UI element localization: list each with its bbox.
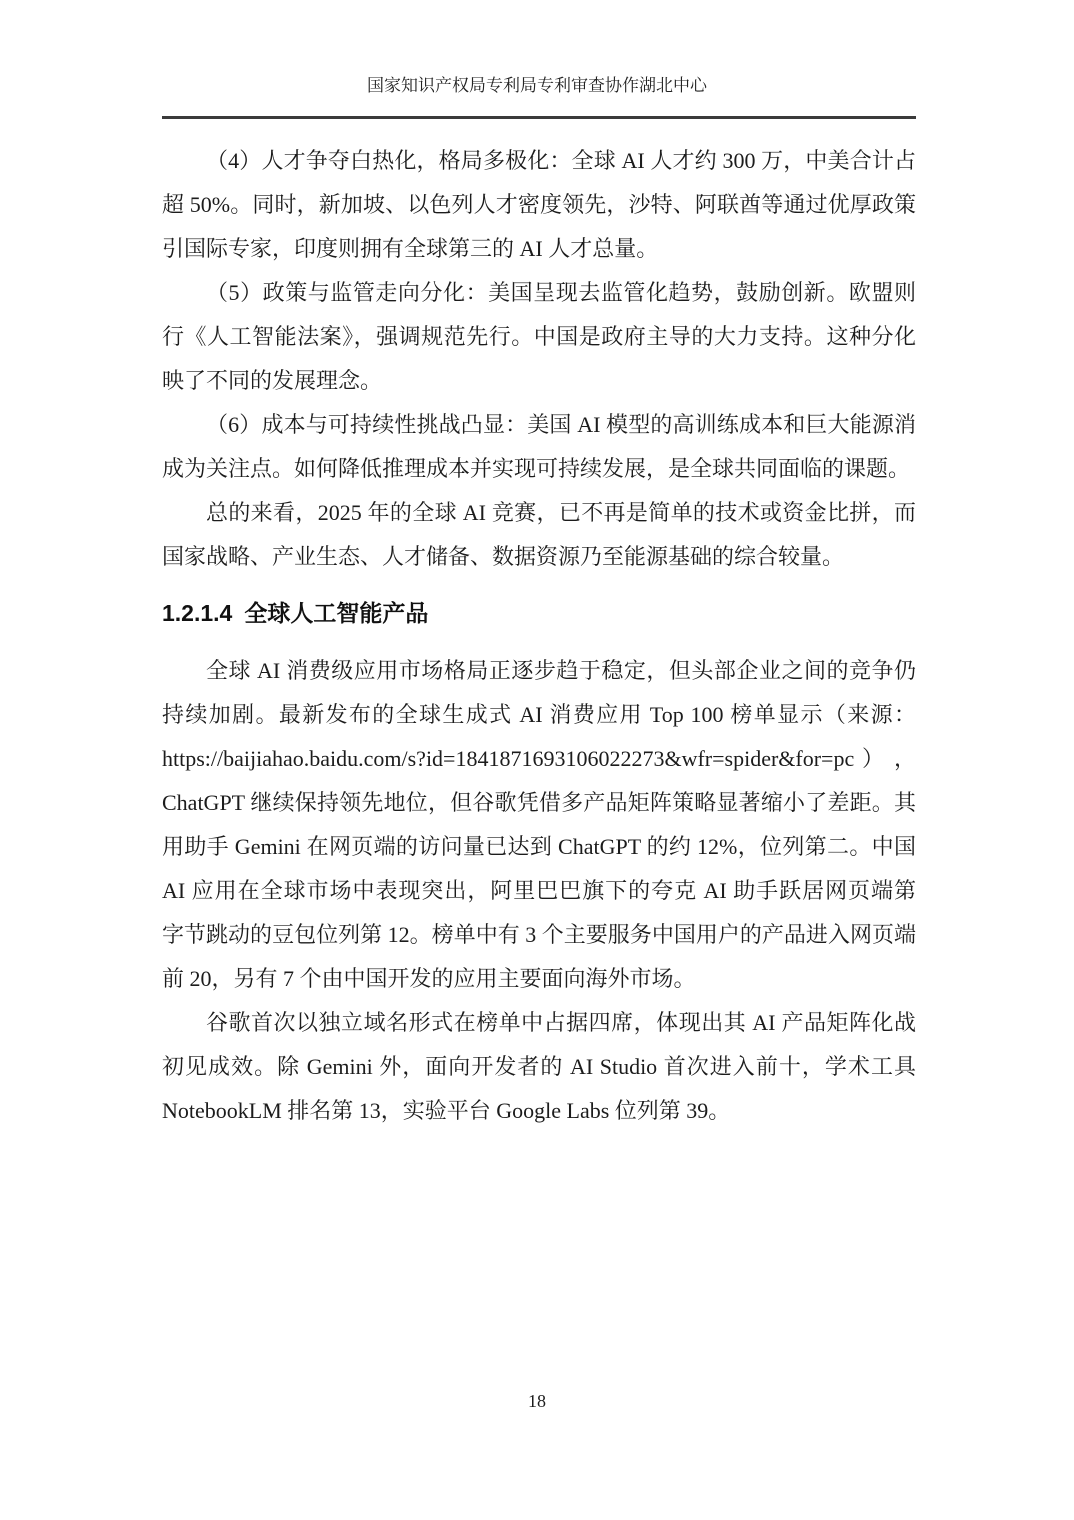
page-header-title: 国家知识产权局专利局专利审查协作湖北中心 [0,75,1074,97]
paragraph-google: 谷歌首次以独立域名形式在榜单中占据四席，体现出其 AI 产品矩阵化战略 初见成效… [162,1001,916,1133]
paragraph-cost: （6）成本与可持续性挑战凸显：美国 AI 模型的高训练成本和巨大能源消耗 成为关… [162,403,916,491]
source-url-line: https://baijiahao.baidu.com/s?id=1841871… [162,737,916,781]
text-line: 用助手 Gemini 在网页端的访问量已达到 ChatGPT 的约 12%，位列… [162,825,916,869]
header-rule [162,116,916,119]
document-body: （4）人才争夺白热化，格局多极化：全球 AI 人才约 300 万，中美合计占比 … [162,139,916,1133]
paragraph-talent: （4）人才争夺白热化，格局多极化：全球 AI 人才约 300 万，中美合计占比 … [162,139,916,271]
paragraph-policy: （5）政策与监管走向分化：美国呈现去监管化趋势，鼓励创新。欧盟则推 行《人工智能… [162,271,916,403]
text-line: 初见成效。除 Gemini 外，面向开发者的 AI Studio 首次进入前十，… [162,1045,916,1089]
text-line: AI 应用在全球市场中表现突出，阿里巴巴旗下的夸克 AI 助手跃居网页端第 9， [162,869,916,913]
text-line: 总的来看，2025 年的全球 AI 竞赛，已不再是简单的技术或资金比拼，而是 [162,491,916,535]
text-line: 成为关注点。如何降低推理成本并实现可持续发展，是全球共同面临的课题。 [162,447,916,491]
text-line: （4）人才争夺白热化，格局多极化：全球 AI 人才约 300 万，中美合计占比 [162,139,916,183]
paragraph-products: 全球 AI 消费级应用市场格局正逐步趋于稳定，但头部企业之间的竞争仍在 持续加剧… [162,649,916,1001]
paragraph-summary: 总的来看，2025 年的全球 AI 竞赛，已不再是简单的技术或资金比拼，而是 国… [162,491,916,579]
text-line: ChatGPT 继续保持领先地位，但谷歌凭借多产品矩阵策略显著缩小了差距。其通 [162,781,916,825]
text-line: 国家战略、产业生态、人才储备、数据资源乃至能源基础的综合较量。 [162,535,916,579]
text-line: 全球 AI 消费级应用市场格局正逐步趋于稳定，但头部企业之间的竞争仍在 [162,649,916,693]
text-line: 超 50%。同时，新加坡、以色列人才密度领先，沙特、阿联酋等通过优厚政策吸 [162,183,916,227]
text-line: （5）政策与监管走向分化：美国呈现去监管化趋势，鼓励创新。欧盟则推 [162,271,916,315]
text-line: 映了不同的发展理念。 [162,359,916,403]
text-line: 持续加剧。最新发布的全球生成式 AI 消费应用 Top 100 榜单显示（来源： [162,693,916,737]
page-number: 18 [0,1390,1074,1412]
text-line: 行《人工智能法案》，强调规范先行。中国是政府主导的大力支持。这种分化反 [162,315,916,359]
section-heading: 1.2.1.4全球人工智能产品 [162,591,916,635]
text-line: 前 20，另有 7 个由中国开发的应用主要面向海外市场。 [162,957,916,1001]
text-line: 引国际专家，印度则拥有全球第三的 AI 人才总量。 [162,227,916,271]
document-page: 国家知识产权局专利局专利审查协作湖北中心 （4）人才争夺白热化，格局多极化：全球… [0,0,1074,1520]
text-line: 字节跳动的豆包位列第 12。榜单中有 3 个主要服务中国用户的产品进入网页端 [162,913,916,957]
section-title: 全球人工智能产品 [244,600,428,626]
section-number: 1.2.1.4 [162,600,232,626]
text-line: （6）成本与可持续性挑战凸显：美国 AI 模型的高训练成本和巨大能源消耗 [162,403,916,447]
text-line: NotebookLM 排名第 13，实验平台 Google Labs 位列第 3… [162,1089,916,1133]
text-line: 谷歌首次以独立域名形式在榜单中占据四席，体现出其 AI 产品矩阵化战略 [162,1001,916,1045]
